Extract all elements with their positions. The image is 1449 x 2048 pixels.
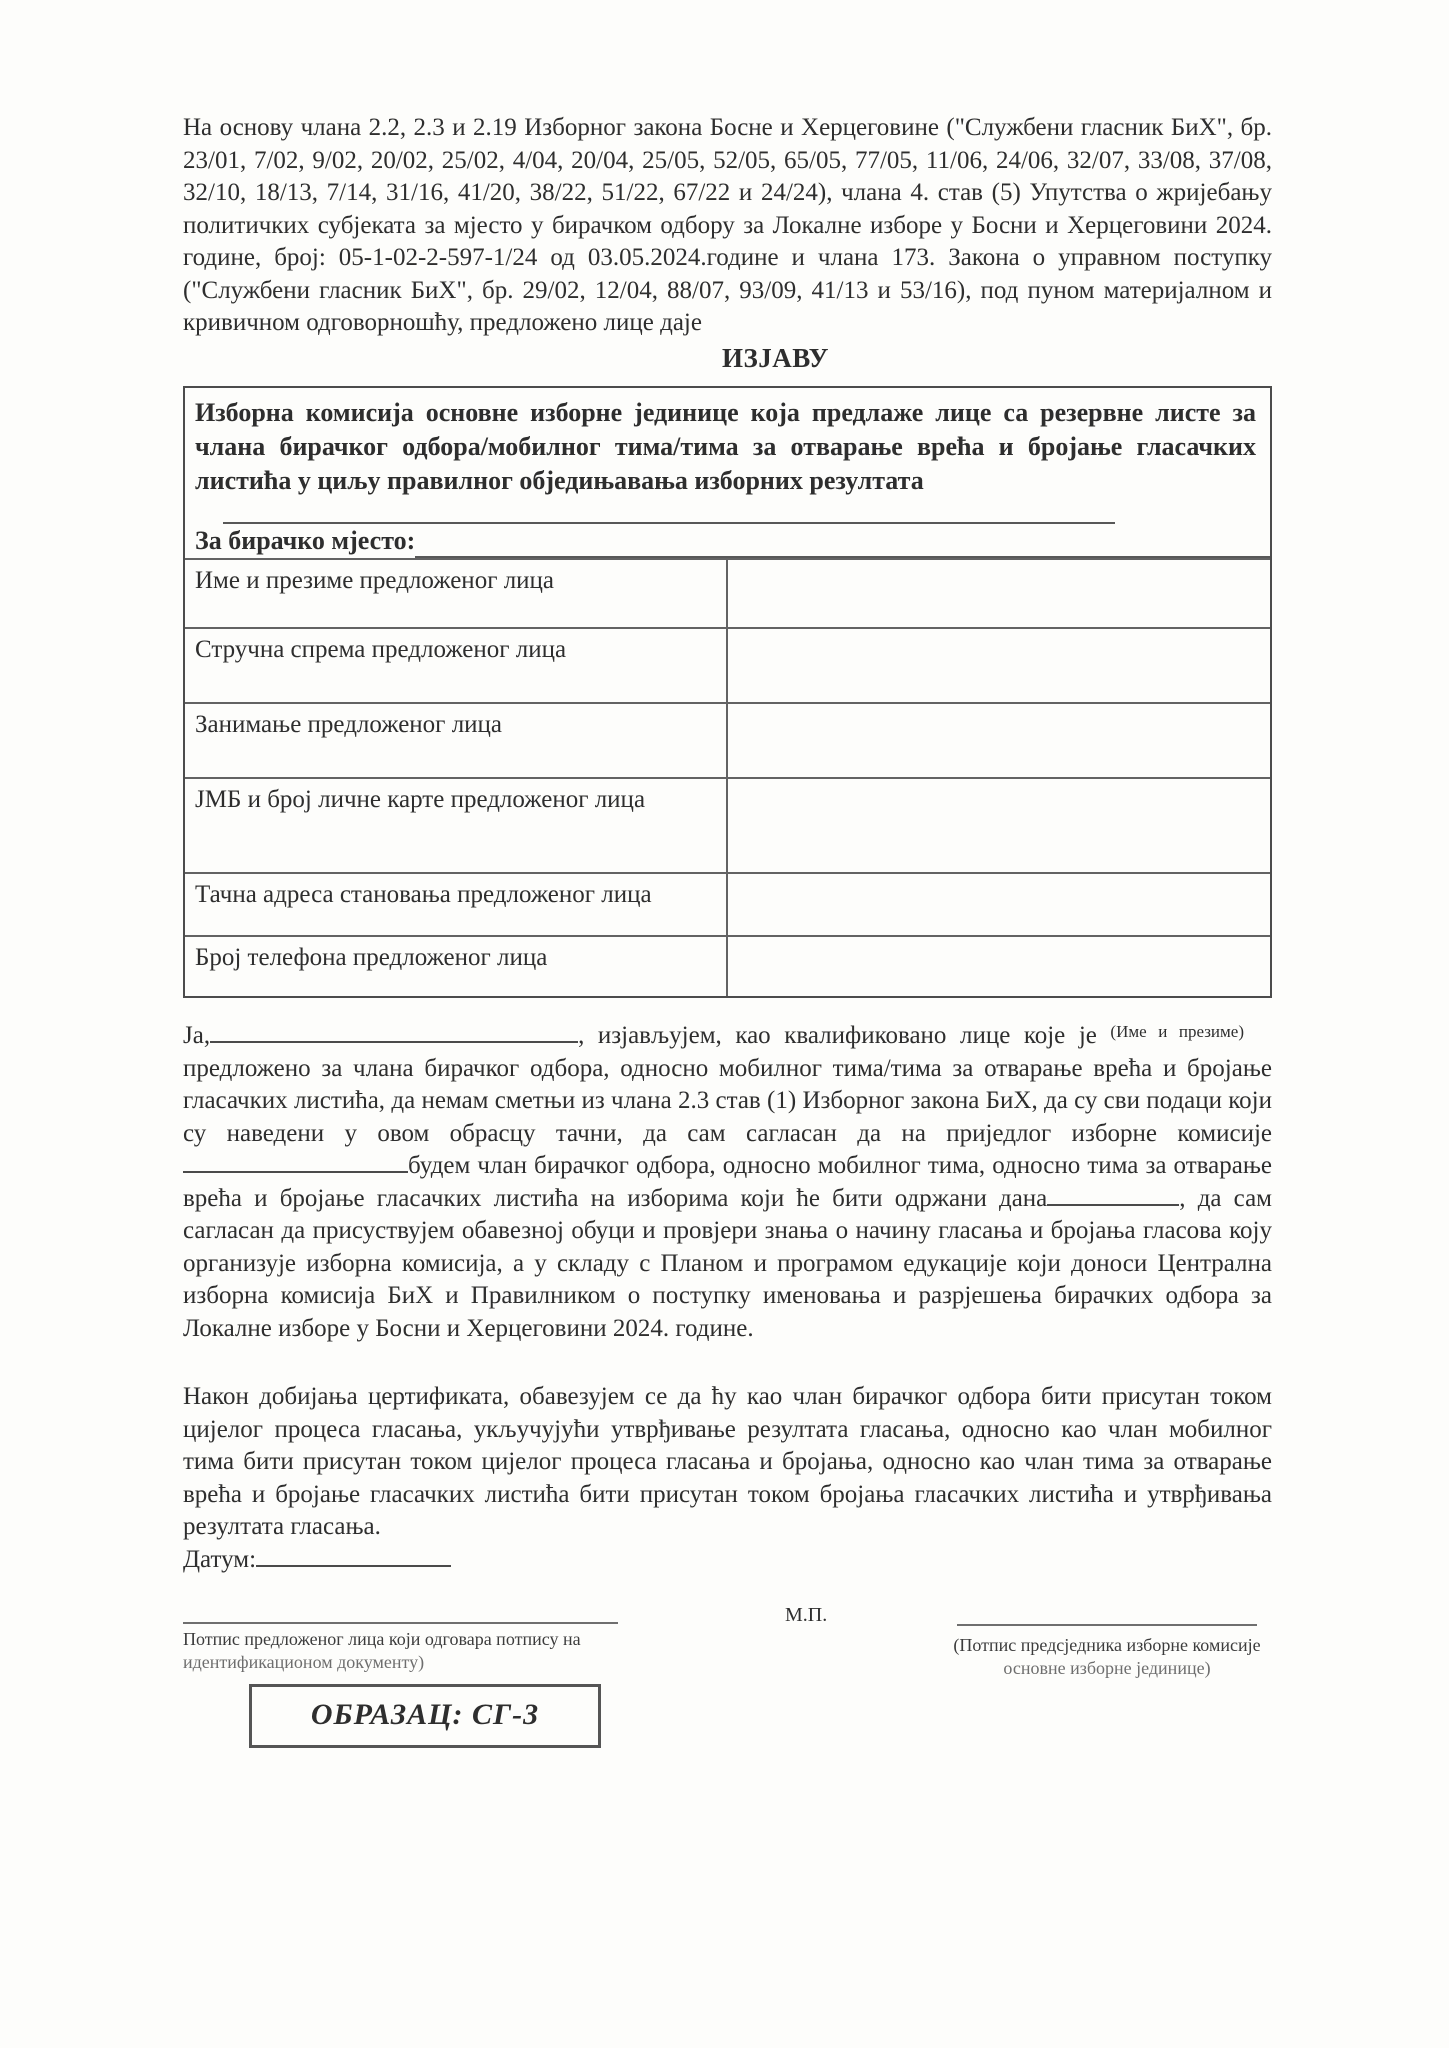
form-code: ОБРАЗАЦ: СГ-3	[311, 1698, 539, 1731]
scanned-form-page: На основу члана 2.2, 2.3 и 2.19 Изборног…	[0, 0, 1449, 2048]
table-row-phone: Број телефона предложеног лица	[185, 936, 1270, 996]
table-row-name: Име и презиме предложеног лица	[185, 559, 1270, 628]
polling-station-row: За бирачко мјесто:	[195, 526, 1270, 558]
form-code-box: ОБРАЗАЦ: СГ-3	[249, 1684, 601, 1748]
declarant-name-blank[interactable]	[210, 1023, 578, 1043]
commission-declaration-box: Изборна комисија основне изборне јединиц…	[183, 386, 1272, 999]
field-input-qualification[interactable]	[727, 628, 1270, 703]
commission-name-blank[interactable]	[183, 1153, 408, 1173]
field-label-phone: Број телефона предложеног лица	[185, 936, 727, 996]
field-label-name: Име и презиме предложеног лица	[185, 559, 727, 628]
obligation-paragraph: Након добијања цертификата, обавезујем с…	[183, 1381, 1272, 1544]
name-surname-hint: (Име и презиме)	[1110, 1022, 1244, 1041]
table-row-jmb-id: ЈМБ и број личне карте предложеног лица	[185, 778, 1270, 873]
election-date-blank[interactable]	[1047, 1186, 1179, 1206]
polling-station-blank[interactable]	[415, 532, 1270, 558]
president-signature-block: (Потпис предсједника изборне комисије ос…	[942, 1600, 1272, 1680]
left-caption-line1: Потпис предложеног лица који одговара по…	[183, 1629, 581, 1649]
field-input-occupation[interactable]	[727, 703, 1270, 778]
proposed-person-signature-block: Потпис предложеног лица који одговара по…	[183, 1600, 635, 1748]
commission-statement: Изборна комисија основне изборне јединиц…	[195, 396, 1256, 499]
proposed-person-signature-line[interactable]	[183, 1622, 618, 1624]
table-row-occupation: Занимање предложеног лица	[185, 703, 1270, 778]
stamp-placeholder: М.П.	[785, 1604, 827, 1627]
date-row: Датум:	[183, 1546, 1272, 1574]
field-label-occupation: Занимање предложеног лица	[185, 703, 727, 778]
proposed-person-signature-caption: Потпис предложеног лица који одговара по…	[183, 1628, 635, 1674]
signature-area: Потпис предложеног лица који одговара по…	[183, 1600, 1272, 1748]
field-label-address: Тачна адреса становања предложеног лица	[185, 873, 727, 936]
polling-station-label: За бирачко мјесто:	[195, 526, 415, 558]
president-signature-line[interactable]	[957, 1624, 1257, 1626]
declaration-body-1: предложено за члана бирачког одбора, одн…	[183, 1055, 1272, 1147]
field-input-jmb-id[interactable]	[727, 778, 1270, 873]
table-row-address: Тачна адреса становања предложеног лица	[185, 873, 1270, 936]
commission-name-line[interactable]	[223, 522, 1115, 524]
field-label-jmb-id: ЈМБ и број личне карте предложеног лица	[185, 778, 727, 873]
right-caption-line1: (Потпис предсједника изборне комисије	[953, 1635, 1260, 1655]
date-label: Датум:	[183, 1546, 256, 1573]
right-caption-line2: основне изборне јединице)	[1003, 1658, 1210, 1678]
declaration-after-name: , изјављујем, као квалификовано лице кој…	[578, 1022, 1110, 1049]
legal-basis-paragraph: На основу члана 2.2, 2.3 и 2.19 Изборног…	[183, 112, 1272, 340]
form-title: ИЗЈАВУ	[231, 343, 1320, 374]
field-label-qualification: Стручна спрема предложеног лица	[185, 628, 727, 703]
president-signature-caption: (Потпис предсједника изборне комисије ос…	[942, 1634, 1272, 1680]
date-blank[interactable]	[256, 1547, 451, 1567]
table-row-qualification: Стручна спрема предложеног лица	[185, 628, 1270, 703]
proposed-person-table: Име и презиме предложеног лица Стручна с…	[185, 558, 1270, 996]
declaration-paragraph: Ја,, изјављујем, као квалификовано лице …	[183, 1020, 1272, 1345]
declaration-lead: Ја,	[183, 1022, 210, 1049]
field-input-address[interactable]	[727, 873, 1270, 936]
left-caption-line2: идентификационом документу)	[183, 1652, 424, 1672]
field-input-phone[interactable]	[727, 936, 1270, 996]
field-input-name[interactable]	[727, 559, 1270, 628]
